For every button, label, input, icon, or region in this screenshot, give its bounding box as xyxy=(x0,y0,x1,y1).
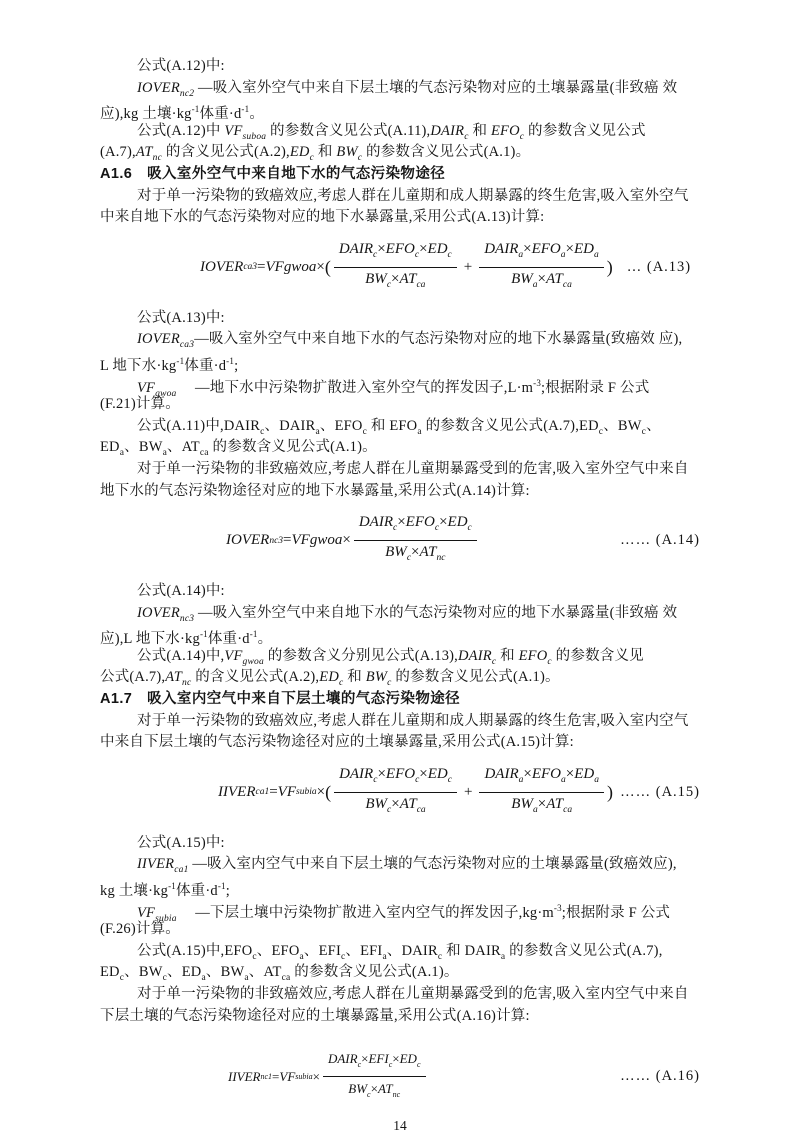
text-segment: 的参数含义见公式(A.1)。 xyxy=(290,964,458,980)
text-segment: × xyxy=(342,532,350,549)
text-line: 对于单一污染物的非致癌效应,考虑人群在儿童期暴露受到的危害,吸入室内空气中来自 xyxy=(100,984,700,1006)
text-segment: BW xyxy=(366,669,387,685)
text-segment: IOVER xyxy=(200,259,243,276)
text-segment: DAIR xyxy=(458,648,492,664)
text-segment: AT xyxy=(546,271,563,287)
text-segment: 和 xyxy=(314,144,336,160)
text-segment: —吸入室外空气中来自地下水的气态污染物对应的地下水暴露量(非致癌 效 xyxy=(194,605,677,621)
text-segment: ED xyxy=(428,766,448,782)
text-segment: 的参数含义见 xyxy=(552,648,644,664)
text-segment: A1.6 吸入室外空气中来自地下水的气态污染物途径 xyxy=(100,166,445,182)
text-segment: ca xyxy=(416,280,425,290)
text-line: kg 土壤·kg-1体重·d-1; xyxy=(100,876,700,898)
text-segment: nc3 xyxy=(269,536,283,546)
text-segment: IIVER xyxy=(218,784,255,801)
text-segment: 对于单一污染物的致癌效应,考虑人群在儿童期和成人期暴露的终生危害,吸入室外空气 xyxy=(137,188,689,204)
text-segment: 的参数含义见公式 xyxy=(524,123,645,139)
text-segment: 、DAIR xyxy=(265,418,316,434)
numerator: DAIRc×EFOc×EDc xyxy=(334,240,457,268)
equation-number: … (A.13) xyxy=(627,259,691,276)
text-segment: L 地下水·kg xyxy=(100,358,176,374)
text-line: 对于单一污染物的致癌效应,考虑人群在儿童期和成人期暴露的终生危害,吸入室内空气 xyxy=(100,711,700,733)
text-segment: nc xyxy=(393,1090,401,1099)
text-segment: × xyxy=(391,271,399,287)
text-segment: —吸入室外空气中来自地下水的气态污染物对应的地下水暴露量(致癌效 应), xyxy=(194,331,682,347)
text-segment: × xyxy=(391,796,399,812)
text-segment: × xyxy=(397,514,405,530)
text-segment: 的参数含义见公式(A.1)。 xyxy=(362,144,530,160)
text-segment: VF xyxy=(137,380,155,396)
text-segment: IOVER xyxy=(137,80,180,96)
text-segment: DAIR xyxy=(430,123,464,139)
text-segment: IOVER xyxy=(137,331,180,347)
text-line: (A.7),ATnc 的含义见公式(A.2),EDc 和 BWc 的参数含义见公… xyxy=(100,142,700,164)
text-segment: DAIR xyxy=(339,766,373,782)
definition-vf-gwoa: VFgwoa —地下水中污染物扩散进入室外空气的挥发因子,L·m-3;根据附录 … xyxy=(100,373,700,395)
text-segment: EFO xyxy=(386,766,415,782)
text-segment: subia xyxy=(295,1072,312,1081)
text-line: 对于单一污染物的致癌效应,考虑人群在儿童期和成人期暴露的终生危害,吸入室外空气 xyxy=(100,186,700,208)
text-segment: a xyxy=(594,775,599,785)
text-segment: × xyxy=(538,796,546,812)
text-segment: × xyxy=(523,241,531,257)
text-segment: nc1 xyxy=(260,1072,272,1081)
denominator: BWc×ATnc xyxy=(348,1077,400,1104)
text-segment: AT xyxy=(378,1081,393,1096)
numerator: DAIRc×EFOc×EDc xyxy=(354,513,477,541)
text-segment: ; xyxy=(226,883,230,899)
text-segment: 公式(A.11)中,DAIR xyxy=(137,418,260,434)
equation: IIVERnc1 = VFsubia×DAIRc×EFIc×EDcBWc×ATn… xyxy=(228,1049,429,1104)
text-segment: BW xyxy=(511,796,533,812)
text-segment: AT xyxy=(546,796,563,812)
text-segment: EFI xyxy=(368,1051,388,1066)
text-segment: EFO xyxy=(386,241,415,257)
text-line: 公式(A.12)中: xyxy=(100,56,700,78)
text-segment: a xyxy=(594,250,599,260)
text-segment: AT xyxy=(165,669,182,685)
text-line: 对于单一污染物的非致癌效应,考虑人群在儿童期暴露受到的危害,吸入室外空气中来自 xyxy=(100,459,700,481)
text-segment: 、BW xyxy=(603,418,641,434)
text-segment: EFO xyxy=(491,123,520,139)
text-segment: nc xyxy=(436,553,445,563)
text-segment: VF xyxy=(279,1069,295,1085)
text-segment: × xyxy=(392,1051,399,1066)
text-segment: ED xyxy=(100,964,120,980)
text-segment: ca1 xyxy=(255,787,269,797)
text-line: 公式(A.11)中,DAIRc、DAIRa、EFOc 和 EFOa 的参数含义见… xyxy=(100,416,700,438)
definition-iover-nc2: IOVERnc2 —吸入室外空气中来自下层土壤的气态污染物对应的土壤暴露量(非致… xyxy=(100,78,700,100)
text-segment: ca3 xyxy=(243,262,257,272)
text-segment: ED xyxy=(574,241,594,257)
text-segment: × xyxy=(313,1069,320,1085)
text-segment: ED xyxy=(448,514,468,530)
text-segment: 应),kg 土壤·kg xyxy=(100,106,192,122)
text-segment: ca xyxy=(563,805,572,815)
equation-number: …… (A.16) xyxy=(620,1068,700,1085)
text-segment: kg 土壤·kg xyxy=(100,883,168,899)
text-segment: 、EFO xyxy=(257,943,300,959)
text-line: 公式(A.12)中 VFsuboa 的参数含义见公式(A.11),DAIRc 和… xyxy=(100,121,700,143)
text-segment: -1 xyxy=(168,881,176,891)
definition-iover-ca3: IOVERca3—吸入室外空气中来自地下水的气态污染物对应的地下水暴露量(致癌效… xyxy=(100,329,700,351)
text-segment: suboa xyxy=(243,132,267,142)
text-segment: VF xyxy=(224,648,242,664)
text-segment: 公式(A.14)中: xyxy=(137,583,225,599)
equation-number: …… (A.15) xyxy=(620,784,700,801)
definition-vf-subia: VFsubia —下层土壤中污染物扩散进入室内空气的挥发因子,kg·m-3;根据… xyxy=(100,898,700,920)
text-segment: VFgwoa xyxy=(292,532,343,549)
text-line: 地下水的气态污染物途径对应的地下水暴露量,采用公式(A.14)计算: xyxy=(100,481,700,503)
text-segment: —地下水中污染物扩散进入室外空气的挥发因子,L·m xyxy=(177,380,534,396)
text-segment: 下层土壤的气态污染物途径对应的土壤暴露量,采用公式(A.16)计算: xyxy=(100,1008,530,1024)
paren: ( xyxy=(325,257,331,278)
text-segment: 、BW xyxy=(124,964,162,980)
text-segment: 和 EFO xyxy=(367,418,417,434)
text-segment: 的参数含义见公式(A.1)。 xyxy=(209,439,377,455)
text-segment: nc xyxy=(182,678,191,688)
text-segment: -3 xyxy=(533,378,541,388)
text-segment: -1 xyxy=(218,881,226,891)
text-segment: × xyxy=(316,259,324,276)
text-segment: 、 xyxy=(646,418,661,434)
text-segment: nc3 xyxy=(180,614,194,624)
text-segment: (F.21)计算。 xyxy=(100,396,180,412)
text-line: (F.21)计算。 xyxy=(100,394,700,416)
equation: IIVERca1 = VFsubia×(DAIRc×EFOc×EDcBWc×AT… xyxy=(218,765,613,820)
text-segment: 、BW xyxy=(124,439,162,455)
text-segment: subia xyxy=(296,787,317,797)
denominator: BWc×ATca xyxy=(365,793,425,820)
text-segment: 的含义见公式(A.2), xyxy=(162,144,290,160)
text-segment: DAIR xyxy=(328,1051,358,1066)
text-segment: VFgwoa xyxy=(266,259,317,276)
text-segment: 的参数含义见公式(A.7), xyxy=(505,943,662,959)
text-segment: DAIR xyxy=(484,241,518,257)
text-segment: ED xyxy=(428,241,448,257)
text-segment: ; xyxy=(234,358,238,374)
text-segment: × xyxy=(537,271,545,287)
formula-a13: IOVERca3 = VFgwoa×(DAIRc×EFOc×EDcBWc×ATc… xyxy=(100,240,700,295)
text-segment: BW xyxy=(365,271,387,287)
text-segment: × xyxy=(377,241,385,257)
text-line: 中来自地下水的气态污染物对应的地下水暴露量,采用公式(A.13)计算: xyxy=(100,207,700,229)
fraction: DAIRa×EFOa×EDaBWa×ATca xyxy=(479,240,604,295)
text-segment: 应),L 地下水·kg xyxy=(100,631,200,647)
text-segment: ;根据附录 F 公式 xyxy=(541,380,649,396)
text-segment: ca1 xyxy=(174,865,188,875)
page-footer: 14 xyxy=(100,1118,700,1131)
text-segment: 和 xyxy=(469,123,491,139)
text-line: EDc、BWc、EDa、BWa、ATca 的参数含义见公式(A.1)。 xyxy=(100,962,700,984)
text-segment: × xyxy=(419,241,427,257)
numerator: DAIRc×EFOc×EDc xyxy=(334,765,457,793)
text-segment: -1 xyxy=(192,104,200,114)
fraction: DAIRa×EFOa×EDaBWa×ATca xyxy=(479,765,604,820)
text-segment: (A.7), xyxy=(100,144,136,160)
section-header-a1-7: A1.7 吸入室内空气中来自下层土壤的气态污染物途径 xyxy=(100,689,700,711)
denominator: BWc×ATca xyxy=(365,268,425,295)
fraction: DAIRc×EFOc×EDcBWc×ATca xyxy=(334,765,457,820)
text-segment: VF xyxy=(278,784,296,801)
text-line: 应),L 地下水·kg-1体重·d-1。 xyxy=(100,624,700,646)
equation: IOVERca3 = VFgwoa×(DAIRc×EFOc×EDcBWc×ATc… xyxy=(200,240,613,295)
text-segment: IIVER xyxy=(228,1069,260,1085)
text-line: 中来自下层土壤的气态污染物途径对应的土壤暴露量,采用公式(A.15)计算: xyxy=(100,732,700,754)
text-segment: × xyxy=(566,241,574,257)
text-segment: gwoa xyxy=(243,657,264,667)
text-segment: BW xyxy=(511,271,533,287)
text-segment: 中来自下层土壤的气态污染物途径对应的土壤暴露量,采用公式(A.15)计算: xyxy=(100,734,574,750)
paren: ) xyxy=(607,782,613,803)
text-line: 公式(A.14)中,VFgwoa 的参数含义分别见公式(A.13),DAIRc … xyxy=(100,646,700,668)
text-segment: c xyxy=(468,523,472,533)
text-segment: BW xyxy=(336,144,357,160)
text-line: 公式(A.13)中: xyxy=(100,308,700,330)
fraction: DAIRc×EFIc×EDcBWc×ATnc xyxy=(323,1049,426,1104)
text-segment: ca xyxy=(417,805,426,815)
text-segment: VF xyxy=(137,905,155,921)
equation-number: …… (A.14) xyxy=(620,532,700,549)
text-segment: BW xyxy=(348,1081,367,1096)
text-line: 应),kg 土壤·kg-1体重·d-1。 xyxy=(100,99,700,121)
text-segment: —吸入室外空气中来自下层土壤的气态污染物对应的土壤暴露量(非致癌 效 xyxy=(194,80,677,96)
definition-iiver-ca1: IIVERca1 —吸入室内空气中来自下层土壤的气态污染物对应的土壤暴露量(致癌… xyxy=(100,854,700,876)
text-segment: ;根据附录 F 公式 xyxy=(562,905,670,921)
text-segment: 、AT xyxy=(249,964,282,980)
text-segment: 地下水的气态污染物途径对应的地下水暴露量,采用公式(A.14)计算: xyxy=(100,483,530,499)
text-segment: BW xyxy=(365,796,387,812)
text-segment: ca3 xyxy=(180,340,194,350)
text-segment: ED xyxy=(319,669,339,685)
numerator: DAIRa×EFOa×EDa xyxy=(479,240,604,268)
text-line: EDa、BWa、ATca 的参数含义见公式(A.1)。 xyxy=(100,437,700,459)
formula-a15: IIVERca1 = VFsubia×(DAIRc×EFOc×EDcBWc×AT… xyxy=(100,765,700,820)
text-segment: nc2 xyxy=(180,89,194,99)
text-segment: EFO xyxy=(519,648,548,664)
text-segment: 、EFI xyxy=(345,943,382,959)
text-segment: 公式(A.14)中, xyxy=(137,648,224,664)
text-segment: 的参数含义见公式(A.7),ED xyxy=(422,418,599,434)
text-segment: 。 xyxy=(249,106,264,122)
denominator: BWa×ATca xyxy=(511,793,572,820)
text-segment: 体重·d xyxy=(208,631,250,647)
denominator: BWa×ATca xyxy=(511,268,572,295)
text-segment: 、EFI xyxy=(304,943,341,959)
text-segment: nc xyxy=(153,153,162,163)
text-segment: 公式(A.15)中,EFO xyxy=(137,943,252,959)
text-segment: ca xyxy=(200,448,209,458)
text-segment: 和 xyxy=(496,648,518,664)
text-segment: (F.26)计算。 xyxy=(100,921,180,937)
text-segment: 的参数含义见公式(A.1)。 xyxy=(392,669,560,685)
text-segment: 对于单一污染物的致癌效应,考虑人群在儿童期和成人期暴露的终生危害,吸入室内空气 xyxy=(137,713,689,729)
numerator: DAIRc×EFIc×EDc xyxy=(323,1049,426,1077)
text-line: L 地下水·kg-1体重·d-1; xyxy=(100,351,700,373)
text-segment: 公式(A.15)中: xyxy=(137,835,225,851)
text-segment: -1 xyxy=(226,356,234,366)
text-segment: 、ED xyxy=(167,964,201,980)
numerator: DAIRa×EFOa×EDa xyxy=(479,765,604,793)
paren: ( xyxy=(325,782,331,803)
formula-a16: IIVERnc1 = VFsubia×DAIRc×EFIc×EDcBWc×ATn… xyxy=(100,1049,700,1104)
text-segment: EFO xyxy=(532,241,561,257)
text-segment: 、BW xyxy=(206,964,244,980)
text-segment: —吸入室内空气中来自下层土壤的气态污染物对应的土壤暴露量(致癌效应), xyxy=(189,856,677,872)
text-segment: AT xyxy=(400,796,417,812)
text-segment: 和 xyxy=(343,669,365,685)
text-segment: × xyxy=(317,784,325,801)
text-segment: IOVER xyxy=(226,532,269,549)
text-segment: ED xyxy=(400,1051,417,1066)
section-header-a1-6: A1.6 吸入室外空气中来自地下水的气态污染物途径 xyxy=(100,164,700,186)
text-segment: = xyxy=(272,1069,279,1085)
text-line: 公式(A.7),ATnc 的含义见公式(A.2),EDc 和 BWc 的参数含义… xyxy=(100,667,700,689)
definition-iover-nc3: IOVERnc3 —吸入室外空气中来自地下水的气态污染物对应的地下水暴露量(非致… xyxy=(100,603,700,625)
text-segment: ED xyxy=(574,766,594,782)
text-segment: 、EFO xyxy=(320,418,363,434)
text-segment: 公式(A.12)中: xyxy=(137,58,225,74)
text-segment: 中来自地下水的气态污染物对应的地下水暴露量,采用公式(A.13)计算: xyxy=(100,209,544,225)
text-segment: DAIR xyxy=(359,514,393,530)
document-body: 公式(A.12)中:IOVERnc2 —吸入室外空气中来自下层土壤的气态污染物对… xyxy=(100,56,700,1104)
text-line: 下层土壤的气态污染物途径对应的土壤暴露量,采用公式(A.16)计算: xyxy=(100,1006,700,1028)
text-segment: × xyxy=(371,1081,378,1096)
text-segment: BW xyxy=(385,544,407,560)
text-segment: —下层土壤中污染物扩散进入室内空气的挥发因子,kg·m xyxy=(177,905,554,921)
text-line: 公式(A.15)中: xyxy=(100,833,700,855)
text-segment: 公式(A.7), xyxy=(100,669,165,685)
text-segment: 、AT xyxy=(167,439,200,455)
text-segment: ca xyxy=(563,280,572,290)
page-number: 14 xyxy=(393,1118,407,1131)
text-segment: 。 xyxy=(258,631,273,647)
text-segment: IIVER xyxy=(137,856,174,872)
text-segment: -1 xyxy=(250,629,258,639)
document-page: 公式(A.12)中:IOVERnc2 —吸入室外空气中来自下层土壤的气态污染物对… xyxy=(0,0,800,1131)
text-line: 公式(A.14)中: xyxy=(100,581,700,603)
text-segment: = xyxy=(283,532,291,549)
text-segment: = xyxy=(257,259,265,276)
text-segment: ED xyxy=(100,439,120,455)
text-segment: 体重·d xyxy=(176,883,218,899)
text-segment: c xyxy=(448,250,452,260)
text-segment: IOVER xyxy=(137,605,180,621)
text-segment: AT xyxy=(420,544,437,560)
text-segment: 对于单一污染物的非致癌效应,考虑人群在儿童期暴露受到的危害,吸入室内空气中来自 xyxy=(137,986,689,1002)
text-segment: -1 xyxy=(200,629,208,639)
text-line: (F.26)计算。 xyxy=(100,919,700,941)
fraction: DAIRc×EFOc×EDcBWc×ATca xyxy=(334,240,457,295)
denominator: BWc×ATnc xyxy=(385,541,445,568)
text-segment: × xyxy=(419,766,427,782)
text-segment: 的含义见公式(A.2), xyxy=(191,669,319,685)
text-segment: AT xyxy=(136,144,153,160)
text-segment: DAIR xyxy=(484,766,518,782)
text-segment: 公式(A.13)中: xyxy=(137,310,225,326)
text-segment: 和 DAIR xyxy=(442,943,501,959)
text-segment: × xyxy=(411,544,419,560)
text-line: 公式(A.15)中,EFOc、EFOa、EFIc、EFIa、DAIRc 和 DA… xyxy=(100,941,700,963)
text-segment: = xyxy=(269,784,277,801)
text-segment: c xyxy=(417,1060,421,1069)
plus-operator: + xyxy=(464,259,472,276)
paren: ) xyxy=(607,257,613,278)
text-segment: -3 xyxy=(554,903,562,913)
plus-operator: + xyxy=(464,784,472,801)
text-segment: VF xyxy=(224,123,242,139)
text-segment: × xyxy=(439,514,447,530)
text-segment: 的参数含义见公式(A.11), xyxy=(266,123,430,139)
text-segment: 对于单一污染物的非致癌效应,考虑人群在儿童期暴露受到的危害,吸入室外空气中来自 xyxy=(137,461,689,477)
text-segment: × xyxy=(377,766,385,782)
text-segment: DAIR xyxy=(339,241,373,257)
text-segment: 的参数含义分别见公式(A.13), xyxy=(264,648,458,664)
text-segment: × xyxy=(566,766,574,782)
text-segment: c xyxy=(448,775,452,785)
text-segment: ED xyxy=(290,144,310,160)
text-segment: 公式(A.12)中 xyxy=(137,123,224,139)
text-segment: A1.7 吸入室内空气中来自下层土壤的气态污染物途径 xyxy=(100,691,460,707)
text-segment: × xyxy=(523,766,531,782)
text-segment: 体重·d xyxy=(184,358,226,374)
fraction: DAIRc×EFOc×EDcBWc×ATnc xyxy=(354,513,477,568)
text-segment: EFO xyxy=(532,766,561,782)
text-segment: AT xyxy=(400,271,417,287)
formula-a14: IOVERnc3 = VFgwoa×DAIRc×EFOc×EDcBWc×ATnc… xyxy=(100,513,700,568)
text-segment: 体重·d xyxy=(200,106,242,122)
equation: IOVERnc3 = VFgwoa×DAIRc×EFOc×EDcBWc×ATnc xyxy=(226,513,480,568)
text-segment: EFO xyxy=(406,514,435,530)
text-segment: 、DAIR xyxy=(387,943,438,959)
